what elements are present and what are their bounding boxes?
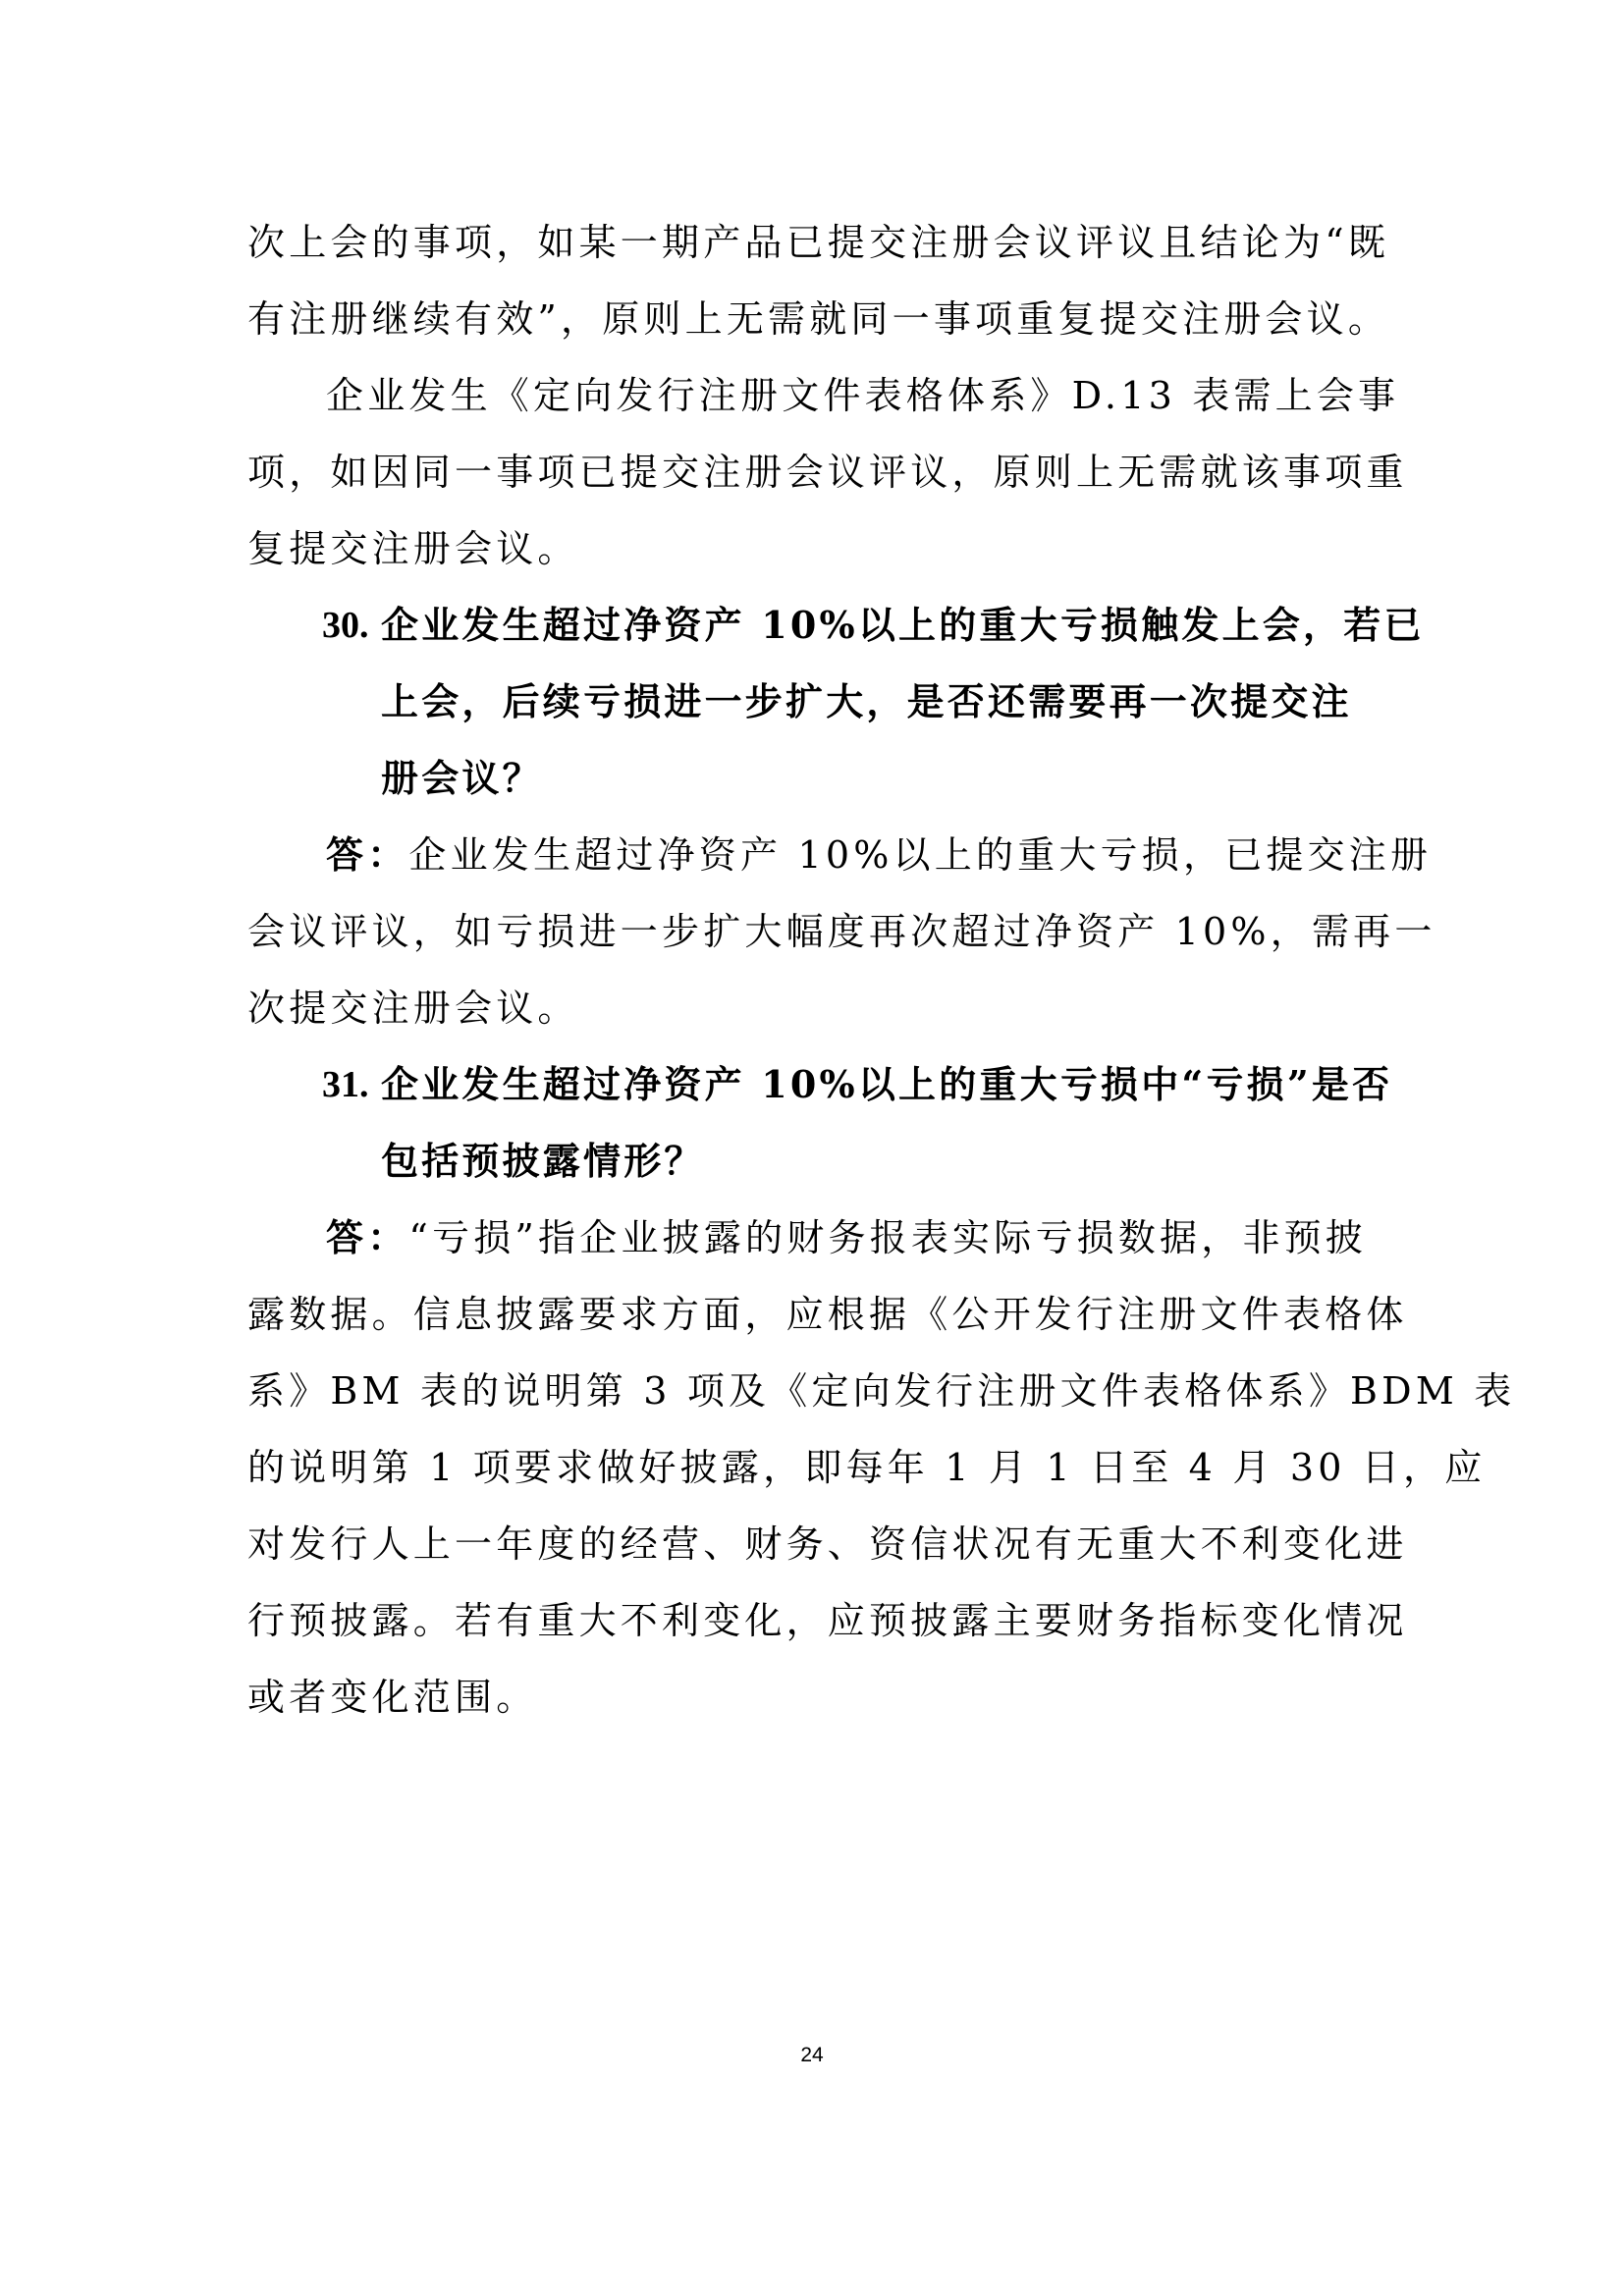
answer-text-line: 对发行人上一年度的经营、财务、资信状况有无重大不利变化进 bbox=[247, 1520, 1386, 1569]
question-heading-line: 包括预披露情形？ bbox=[381, 1137, 1520, 1186]
answer-text-line: 的说明第 1 项要求做好披露，即每年 1 月 1 日至 4 月 30 日，应 bbox=[247, 1443, 1386, 1492]
question-heading-line: 上会，后续亏损进一步扩大，是否还需要再一次提交注 bbox=[381, 677, 1520, 726]
question-heading-line: 企业发生超过净资产 10%以上的重大亏损中“亏损”是否 bbox=[381, 1060, 1520, 1109]
answer-text-line: 次提交注册会议。 bbox=[247, 984, 1386, 1033]
answer-text-line: 答：企业发生超过净资产 10%以上的重大亏损，已提交注册 bbox=[326, 830, 1465, 880]
answer-text-line: 行预披露。若有重大不利变化，应预披露主要财务指标变化情况 bbox=[247, 1596, 1386, 1645]
answer-text-line: 系》BM 表的说明第 3 项及《定向发行注册文件表格体系》BDM 表 bbox=[247, 1366, 1386, 1415]
answer-text-line: 露数据。信息披露要求方面，应根据《公开发行注册文件表格体 bbox=[247, 1290, 1386, 1339]
body-text-line: 有注册继续有效”，原则上无需就同一事项重复提交注册会议。 bbox=[247, 294, 1386, 344]
answer-text: 企业发生超过净资产 10%以上的重大亏损，已提交注册 bbox=[408, 833, 1432, 877]
body-text-line: 项，如因同一事项已提交注册会议评议，原则上无需就该事项重 bbox=[247, 448, 1386, 497]
question-number: 31. bbox=[322, 1060, 369, 1109]
answer-text-line: 或者变化范围。 bbox=[247, 1673, 1386, 1722]
body-text-line: 企业发生《定向发行注册文件表格体系》D.13 表需上会事 bbox=[326, 371, 1465, 420]
answer-text-line: 答：“亏损”指企业披露的财务报表实际亏损数据，非预披 bbox=[326, 1213, 1465, 1262]
document-page: 次上会的事项，如某一期产品已提交注册会议评议且结论为“既 有注册继续有效”，原则… bbox=[0, 0, 1624, 2296]
answer-text: “亏损”指企业披露的财务报表实际亏损数据，非预披 bbox=[408, 1216, 1367, 1259]
answer-text-line: 会议评议，如亏损进一步扩大幅度再次超过净资产 10%，需再一 bbox=[247, 907, 1386, 956]
answer-label: 答： bbox=[326, 1215, 408, 1259]
body-text-line: 次上会的事项，如某一期产品已提交注册会议评议且结论为“既 bbox=[247, 218, 1386, 267]
body-text-line: 复提交注册会议。 bbox=[247, 524, 1386, 573]
question-number: 30. bbox=[322, 601, 369, 650]
answer-label: 答： bbox=[326, 832, 408, 877]
page-number: 24 bbox=[0, 2044, 1624, 2067]
question-heading-line: 企业发生超过净资产 10%以上的重大亏损触发上会，若已 bbox=[381, 601, 1520, 650]
question-heading-line: 册会议？ bbox=[381, 754, 1520, 803]
